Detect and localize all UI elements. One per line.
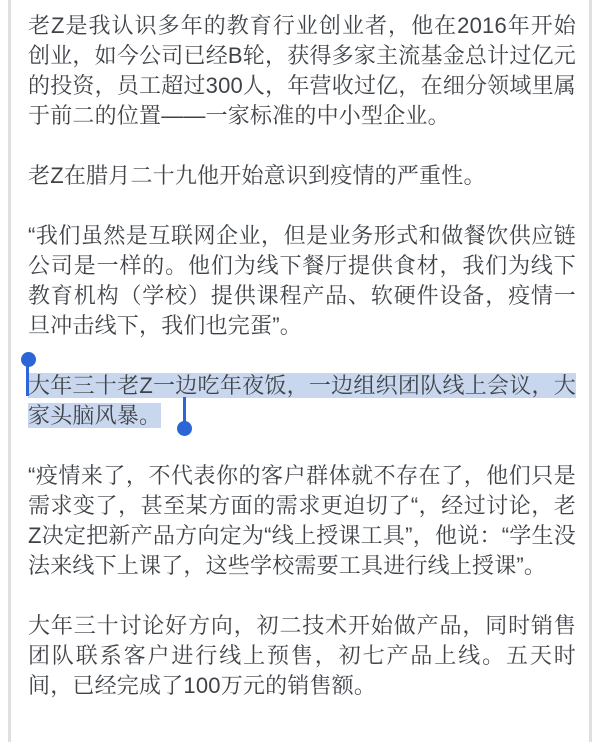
selection-start-handle-bar [26, 366, 29, 396]
paragraph-quote-new-direction: “疫情来了，不代表你的客户群体就不存在了，他们只是需求变了，甚至某方面的需求更迫… [28, 461, 576, 581]
paragraph-intro: 老Z是我认识多年的教育行业创业者，他在2016年开始创业，如今公司已经B轮，获得… [28, 11, 576, 131]
selection-start-handle-dot[interactable] [21, 352, 36, 367]
selection-end-handle[interactable] [176, 397, 194, 436]
selection-start-handle[interactable] [21, 352, 37, 396]
article-page: 老Z是我认识多年的教育行业创业者，他在2016年开始创业，如今公司已经B轮，获得… [0, 0, 600, 742]
article-body: 老Z是我认识多年的教育行业创业者，他在2016年开始创业，如今公司已经B轮，获得… [28, 11, 576, 731]
selected-text: 大年三十老Z一边吃年夜饭，一边组织团队线上会议，大家头脑风暴。 [28, 373, 576, 428]
paragraph-sales-result: 大年三十讨论好方向，初二技术开始做产品，同时销售团队联系客户进行线上预售，初七产… [28, 611, 576, 701]
paragraph-quote-business-model: “我们虽然是互联网企业，但是业务形式和做餐饮供应链公司是一样的。他们为线下餐厅提… [28, 221, 576, 341]
left-edge-line [8, 0, 11, 742]
selection-end-handle-dot[interactable] [177, 421, 192, 436]
right-edge-line [589, 0, 592, 742]
selection-end-handle-bar [183, 397, 186, 423]
paragraph-selected: 大年三十老Z一边吃年夜饭，一边组织团队线上会议，大家头脑风暴。 [28, 371, 576, 431]
paragraph-epidemic-awareness: 老Z在腊月二十九他开始意识到疫情的严重性。 [28, 161, 576, 191]
